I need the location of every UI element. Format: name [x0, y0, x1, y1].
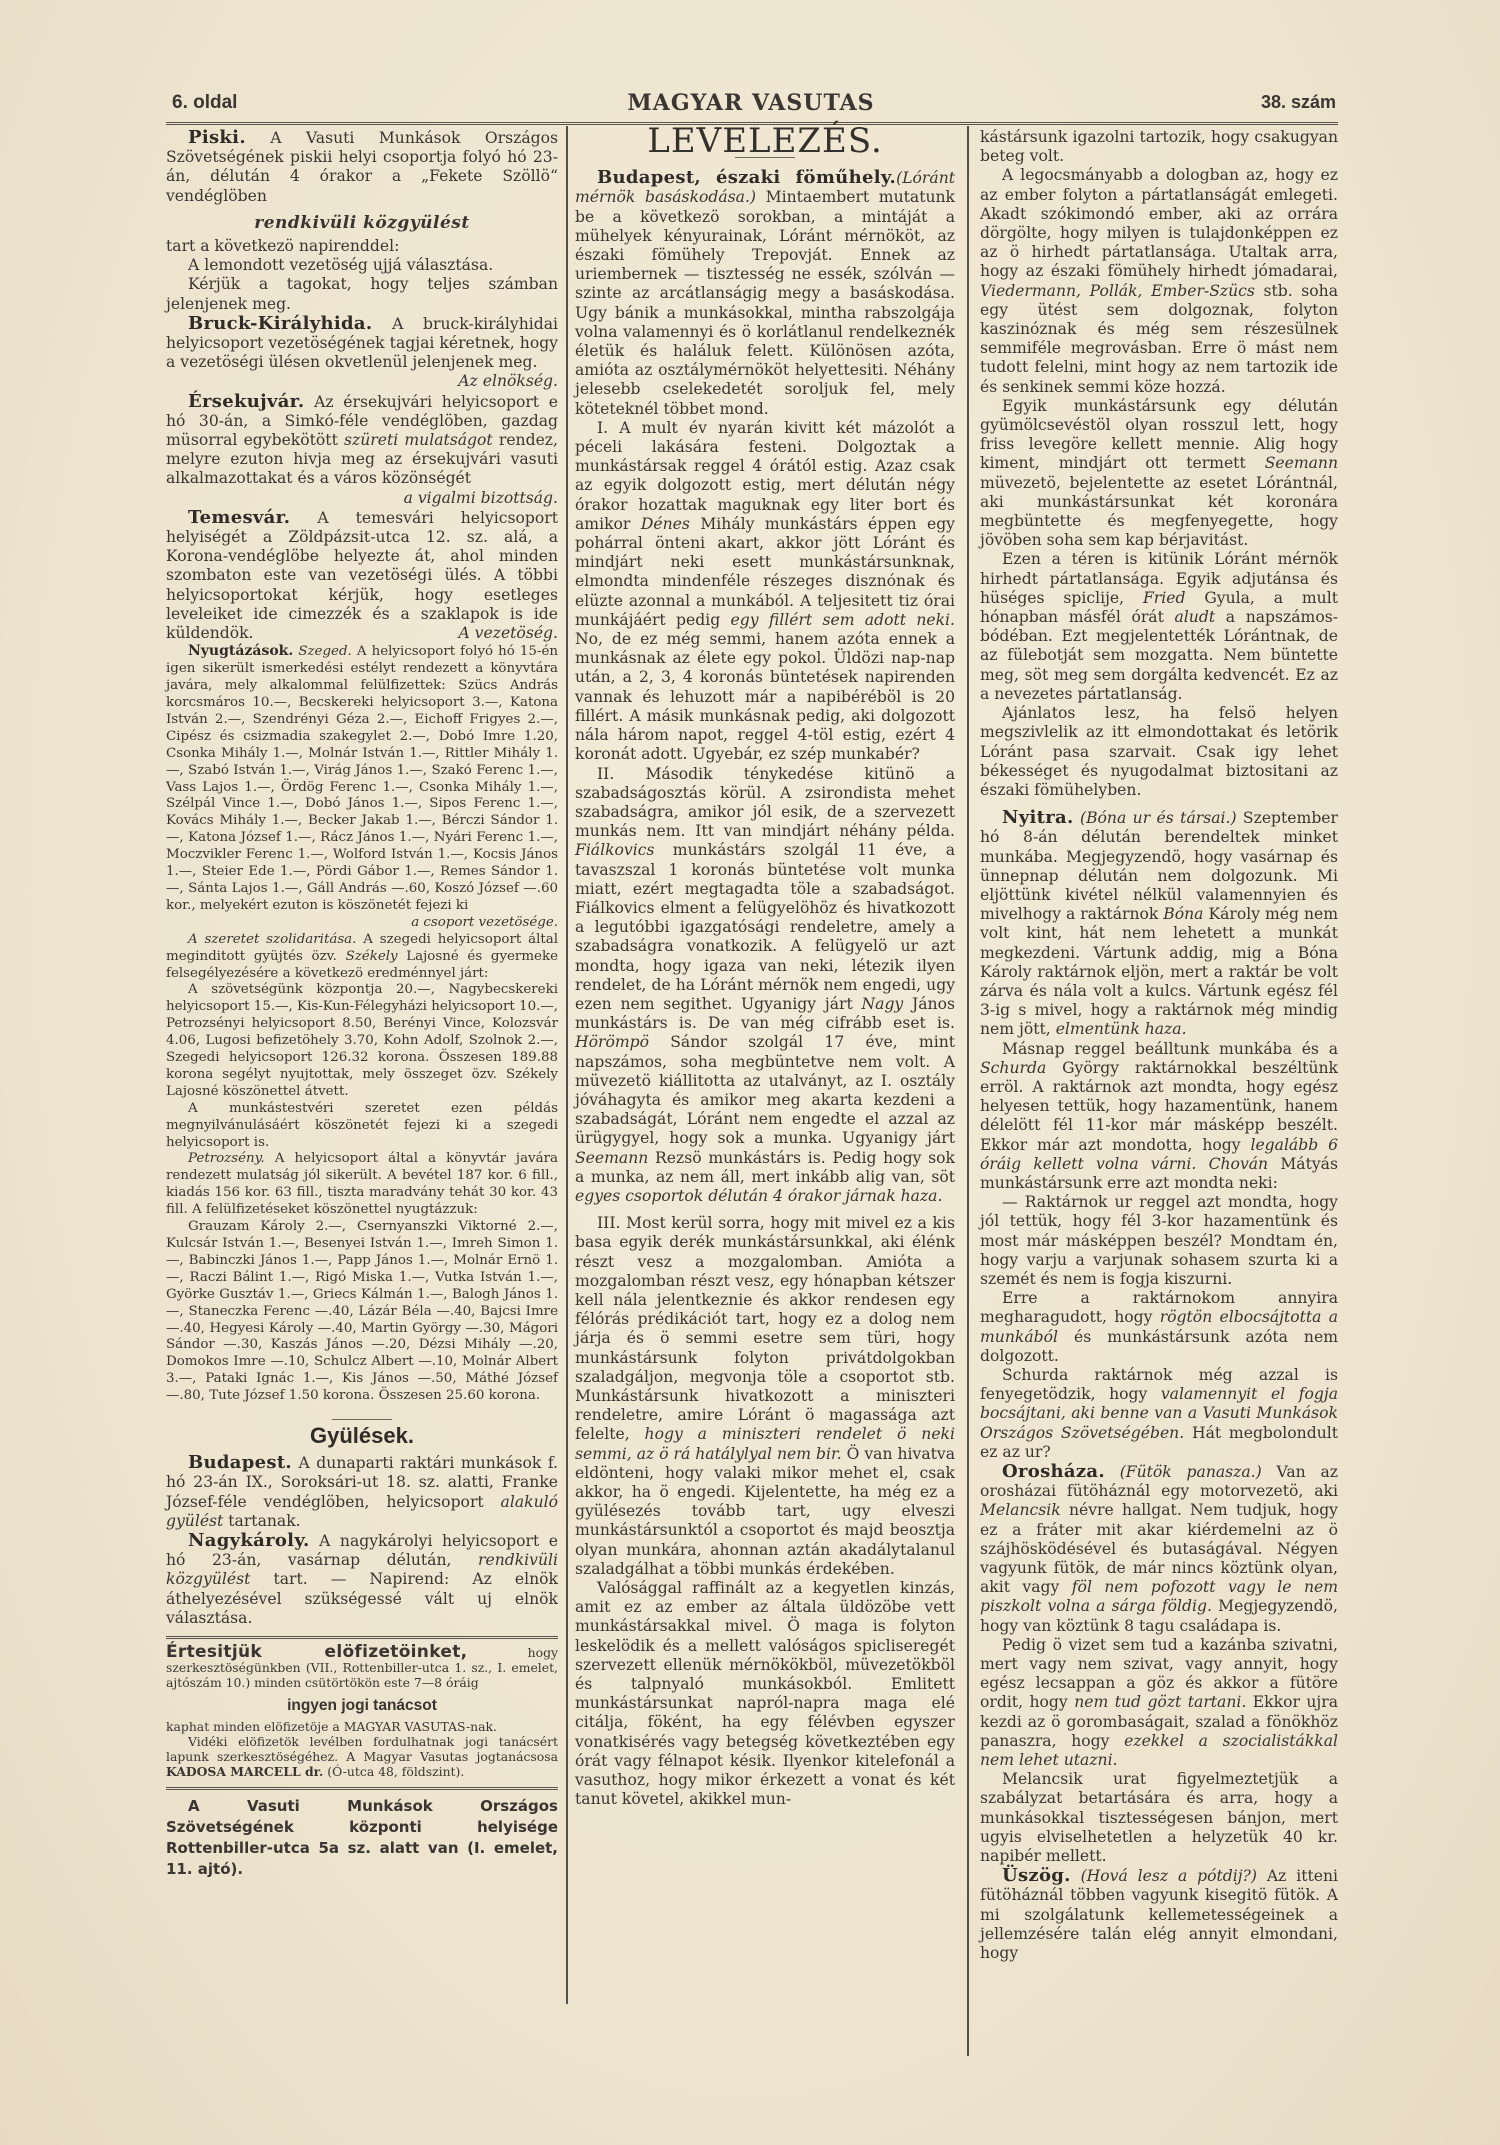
newspaper-title: MAGYAR VASUTAS: [166, 90, 1336, 116]
article-nyugtazasok: Nyugtázások. Szeged. A helyicsoport foly…: [166, 643, 558, 915]
article-budapest-fomuhely: Budapest, északi föműhely.(Lóránt mérnök…: [575, 168, 955, 419]
column-3: kástársunk igazolni tartozik, hogy csaku…: [980, 128, 1338, 1963]
newspaper-page: 6. oldal MAGYAR VASUTAS 38. szám Piski. …: [0, 0, 1500, 2145]
separator: [332, 1419, 392, 1420]
article-ersekujvar: Érsekujvár. Az érsekujvári helyicsoport …: [166, 392, 558, 489]
separator: [166, 1636, 558, 1639]
article-budapest-meeting: Budapest. A dunaparti raktári munkások f…: [166, 1453, 558, 1531]
column-2: LEVELEZÉS. Budapest, északi föműhely.(Ló…: [575, 128, 955, 1809]
separator: [166, 1787, 558, 1790]
article-piski: Piski. A Vasuti Munkások Országos Szövet…: [166, 128, 558, 206]
legal-advice-notice: Értesitjük elöfizetöinket, hogy szerkesz…: [166, 1645, 558, 1779]
signature: A vezetöség.: [436, 624, 558, 643]
section-title-gyulesek: Gyülések.: [166, 1426, 558, 1445]
signature: a vigalmi bizottság.: [382, 489, 558, 508]
column-divider: [566, 126, 568, 2004]
signature: a csoport vezetösége.: [389, 915, 558, 932]
article-bruck: Bruck-Királyhida. A bruck-királyhidai he…: [166, 314, 558, 373]
article-solidarity: A szeretet szolidaritása. A szegedi hely…: [166, 932, 558, 983]
section-title-levelezes: LEVELEZÉS.: [575, 132, 955, 151]
column-1: Piski. A Vasuti Munkások Országos Szövet…: [166, 128, 558, 1880]
article-uszog: Üszög. (Hová lesz a pótdij?) Az itteni f…: [980, 1866, 1338, 1963]
signature: Az elnökség.: [436, 372, 558, 391]
column-divider: [967, 126, 969, 2056]
issue-number: 38. szám: [1261, 92, 1336, 113]
article-nyitra: Nyitra. (Bóna ur és társai.) Szeptember …: [980, 808, 1338, 1039]
headquarters-notice: A Vasuti Munkások Országos Szövetségének…: [166, 1796, 558, 1880]
article-temesvar: Temesvár. A temesvári helyicsoport helyi…: [166, 508, 558, 643]
meeting-heading: rendkivüli közgyülést: [166, 214, 558, 233]
article-nagykaroly: Nagykároly. A nagykárolyi helyicsoport e…: [166, 1531, 558, 1628]
masthead: 6. oldal MAGYAR VASUTAS 38. szám: [166, 88, 1336, 118]
article-petrozseny: Petrozsény. A helyicsoport által a könyv…: [166, 1151, 558, 1219]
article-oroshaza: Orosháza. (Fütök panasza.) Van az oroshá…: [980, 1462, 1338, 1636]
